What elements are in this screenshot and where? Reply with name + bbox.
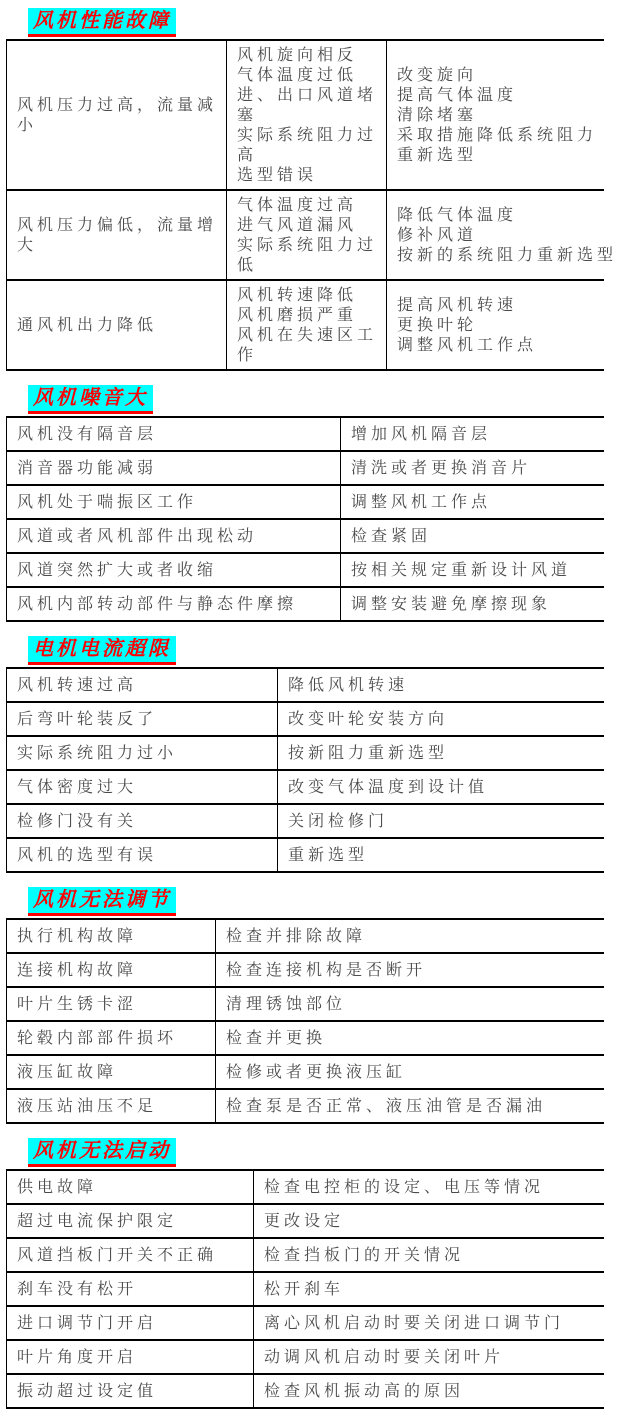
table-row: 风机处于喘振区工作调整风机工作点 [7,485,604,519]
table-row: 超过电流保护限定更改设定 [7,1204,604,1238]
remedy-cell: 重新选型 [278,838,604,872]
remedy-cell: 降低气体温度 修补风道 按新的系统阻力重新选型 [387,190,604,280]
fault-table: 风机没有隔音层增加风机隔音层消音器功能减弱清洗或者更换消音片风机处于喘振区工作调… [6,416,604,622]
cause-cell: 气体温度过高 进气风道漏风 实际系统阻力过 低 [227,190,387,280]
remedy-cell: 降低风机转速 [278,668,604,702]
remedy-cell: 检修或者更换液压缸 [216,1055,604,1089]
fault-cell: 后弯叶轮装反了 [7,702,278,736]
fault-cell: 气体密度过大 [7,770,278,804]
remedy-cell: 检查泵是否正常、液压油管是否漏油 [216,1089,604,1123]
table-row: 液压站油压不足检查泵是否正常、液压油管是否漏油 [7,1089,604,1123]
fault-cell: 风道突然扩大或者收缩 [7,553,341,587]
fault-cell: 风道挡板门开关不正确 [7,1238,254,1272]
remedy-cell: 动调风机启动时要关闭叶片 [254,1340,604,1374]
table-row: 叶片角度开启动调风机启动时要关闭叶片 [7,1340,604,1374]
remedy-cell: 清洗或者更换消音片 [341,451,604,485]
table-row: 通风机出力降低风机转速降低 风机磨损严重 风机在失速区工 作提高风机转速 更换叶… [7,280,604,370]
symptom-cell: 风机压力过高，流量减 小 [7,40,227,190]
table-row: 叶片生锈卡涩清理锈蚀部位 [7,987,604,1021]
symptom-cell: 通风机出力降低 [7,280,227,370]
table-row: 刹车没有松开松开刹车 [7,1272,604,1306]
fault-cell: 风机没有隔音层 [7,417,341,451]
table-row: 液压缸故障检修或者更换液压缸 [7,1055,604,1089]
remedy-cell: 检查挡板门的开关情况 [254,1238,604,1272]
remedy-cell: 检查并更换 [216,1021,604,1055]
table-row: 风道或者风机部件出现松动检查紧固 [7,519,604,553]
fault-table: 执行机构故障检查并排除故障连接机构故障检查连接机构是否断开叶片生锈卡涩清理锈蚀部… [6,918,604,1124]
remedy-cell: 改变旋向 提高气体温度 清除堵塞 采取措施降低系统阻力 重新选型 [387,40,604,190]
fault-cell: 执行机构故障 [7,919,216,953]
fault-cell: 风机的选型有误 [7,838,278,872]
table-row: 消音器功能减弱清洗或者更换消音片 [7,451,604,485]
table-row: 气体密度过大改变气体温度到设计值 [7,770,604,804]
remedy-cell: 调整风机工作点 [341,485,604,519]
section: 风机无法调节执行机构故障检查并排除故障连接机构故障检查连接机构是否断开叶片生锈卡… [0,887,619,1124]
fault-cell: 刹车没有松开 [7,1272,254,1306]
table-row: 风道挡板门开关不正确检查挡板门的开关情况 [7,1238,604,1272]
fault-cell: 连接机构故障 [7,953,216,987]
fault-cell: 叶片角度开启 [7,1340,254,1374]
remedy-cell: 提高风机转速 更换叶轮 调整风机工作点 [387,280,604,370]
remedy-cell: 调整安装避免摩擦现象 [341,587,604,621]
section-title: 电机电流超限 [28,636,176,665]
table-row: 风机没有隔音层增加风机隔音层 [7,417,604,451]
table-row: 供电故障检查电控柜的设定、电压等情况 [7,1170,604,1204]
fault-cell: 风机内部转动部件与静态件摩擦 [7,587,341,621]
table-row: 轮毂内部部件损坏检查并更换 [7,1021,604,1055]
remedy-cell: 改变叶轮安装方向 [278,702,604,736]
remedy-cell: 检查紧固 [341,519,604,553]
table-row: 风机内部转动部件与静态件摩擦调整安装避免摩擦现象 [7,587,604,621]
fault-table: 风机压力过高，流量减 小风机旋向相反 气体温度过低 进、出口风道堵 塞 实际系统… [6,39,604,371]
fault-cell: 进口调节门开启 [7,1306,254,1340]
remedy-cell: 检查电控柜的设定、电压等情况 [254,1170,604,1204]
fault-cell: 风道或者风机部件出现松动 [7,519,341,553]
fault-cell: 检修门没有关 [7,804,278,838]
page: 风机性能故障风机压力过高，流量减 小风机旋向相反 气体温度过低 进、出口风道堵 … [0,0,619,1409]
remedy-cell: 增加风机隔音层 [341,417,604,451]
remedy-cell: 按相关规定重新设计风道 [341,553,604,587]
table-row: 执行机构故障检查并排除故障 [7,919,604,953]
cause-cell: 风机旋向相反 气体温度过低 进、出口风道堵 塞 实际系统阻力过 高 选型错误 [227,40,387,190]
fault-cell: 供电故障 [7,1170,254,1204]
section: 风机性能故障风机压力过高，流量减 小风机旋向相反 气体温度过低 进、出口风道堵 … [0,8,619,371]
fault-cell: 消音器功能减弱 [7,451,341,485]
remedy-cell: 检查连接机构是否断开 [216,953,604,987]
remedy-cell: 改变气体温度到设计值 [278,770,604,804]
table-row: 实际系统阻力过小按新阻力重新选型 [7,736,604,770]
fault-cell: 风机处于喘振区工作 [7,485,341,519]
section-title: 风机无法启动 [28,1138,176,1167]
table-row: 振动超过设定值检查风机振动高的原因 [7,1374,604,1408]
cause-cell: 风机转速降低 风机磨损严重 风机在失速区工 作 [227,280,387,370]
fault-table: 风机转速过高降低风机转速后弯叶轮装反了改变叶轮安装方向实际系统阻力过小按新阻力重… [6,667,604,873]
section: 风机噪音大风机没有隔音层增加风机隔音层消音器功能减弱清洗或者更换消音片风机处于喘… [0,385,619,622]
remedy-cell: 关闭检修门 [278,804,604,838]
section: 风机无法启动供电故障检查电控柜的设定、电压等情况超过电流保护限定更改设定风道挡板… [0,1138,619,1409]
section: 电机电流超限风机转速过高降低风机转速后弯叶轮装反了改变叶轮安装方向实际系统阻力过… [0,636,619,873]
table-row: 连接机构故障检查连接机构是否断开 [7,953,604,987]
table-row: 检修门没有关关闭检修门 [7,804,604,838]
table-row: 风机压力偏低，流量增 大气体温度过高 进气风道漏风 实际系统阻力过 低降低气体温… [7,190,604,280]
table-row: 风机压力过高，流量减 小风机旋向相反 气体温度过低 进、出口风道堵 塞 实际系统… [7,40,604,190]
section-title: 风机性能故障 [28,8,176,37]
table-row: 风机转速过高降低风机转速 [7,668,604,702]
section-title: 风机噪音大 [28,385,153,414]
fault-cell: 叶片生锈卡涩 [7,987,216,1021]
remedy-cell: 清理锈蚀部位 [216,987,604,1021]
table-row: 风道突然扩大或者收缩按相关规定重新设计风道 [7,553,604,587]
symptom-cell: 风机压力偏低，流量增 大 [7,190,227,280]
remedy-cell: 离心风机启动时要关闭进口调节门 [254,1306,604,1340]
fault-table: 供电故障检查电控柜的设定、电压等情况超过电流保护限定更改设定风道挡板门开关不正确… [6,1169,604,1409]
fault-cell: 液压缸故障 [7,1055,216,1089]
fault-cell: 液压站油压不足 [7,1089,216,1123]
remedy-cell: 检查并排除故障 [216,919,604,953]
fault-cell: 振动超过设定值 [7,1374,254,1408]
table-row: 进口调节门开启离心风机启动时要关闭进口调节门 [7,1306,604,1340]
fault-cell: 轮毂内部部件损坏 [7,1021,216,1055]
fault-cell: 超过电流保护限定 [7,1204,254,1238]
fault-cell: 风机转速过高 [7,668,278,702]
fault-cell: 实际系统阻力过小 [7,736,278,770]
remedy-cell: 按新阻力重新选型 [278,736,604,770]
table-row: 风机的选型有误重新选型 [7,838,604,872]
table-row: 后弯叶轮装反了改变叶轮安装方向 [7,702,604,736]
section-title: 风机无法调节 [28,887,176,916]
remedy-cell: 更改设定 [254,1204,604,1238]
remedy-cell: 松开刹车 [254,1272,604,1306]
remedy-cell: 检查风机振动高的原因 [254,1374,604,1408]
